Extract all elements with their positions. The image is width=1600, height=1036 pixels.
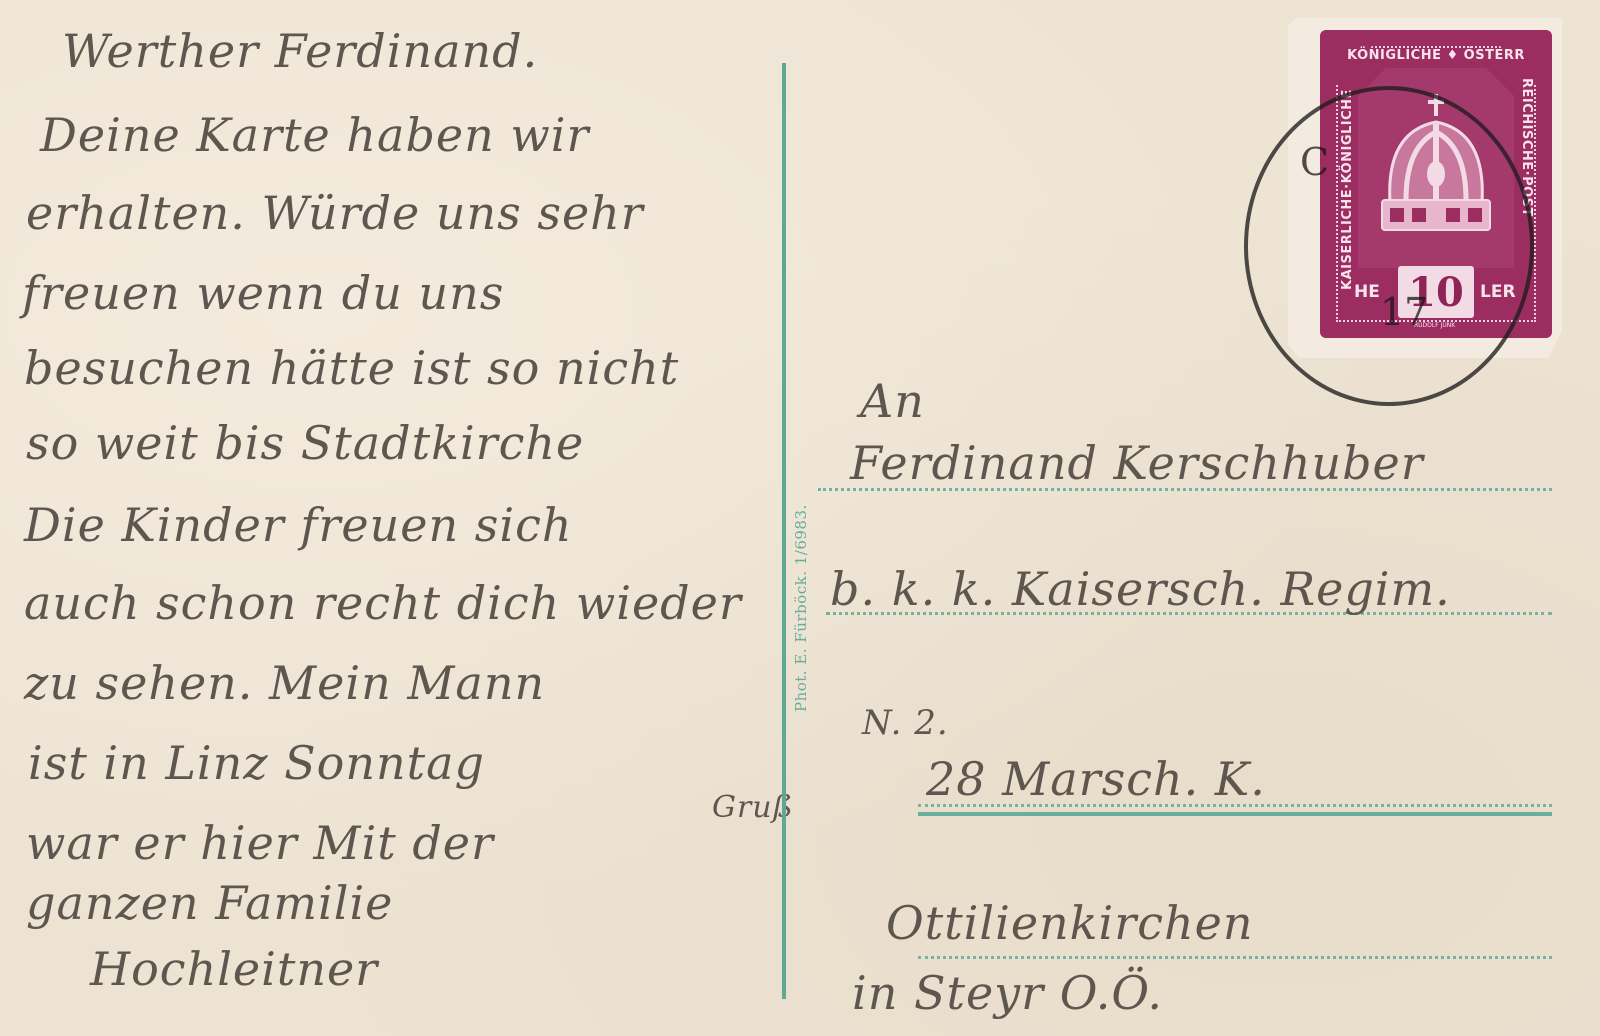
message-line: ist in Linz Sonntag: [28, 740, 485, 786]
postmark-letter: C: [1300, 140, 1329, 184]
address-rule-4: [918, 956, 1552, 959]
message-line: Werther Ferdinand.: [62, 28, 538, 74]
message-line: zu sehen. Mein Mann: [24, 660, 545, 706]
address-line: in Steyr O.Ö.: [852, 970, 1163, 1016]
message-line: freuen wenn du uns: [22, 270, 504, 316]
message-line: war er hier Mit der: [26, 820, 494, 866]
address-line: 28 Marsch. K.: [926, 756, 1266, 802]
message-line: Deine Karte haben wir: [40, 112, 589, 158]
center-divider-line: [782, 63, 786, 999]
postmark-number: 17: [1380, 290, 1428, 334]
signature: Hochleitner: [90, 946, 378, 992]
message-line: erhalten. Würde uns sehr: [26, 190, 644, 236]
address-line: Ottilienkirchen: [886, 900, 1253, 946]
address-line: N. 2.: [862, 700, 949, 746]
address-recipient: Ferdinand Kerschhuber: [850, 440, 1424, 486]
message-line: so weit bis Stadtkirche: [26, 420, 584, 466]
message-line: besuchen hätte ist so nicht: [24, 345, 679, 391]
postcard: Werther Ferdinand. Deine Karte haben wir…: [0, 0, 1600, 1036]
address-rule-3-solid: [918, 812, 1552, 816]
postmark-circle: [1244, 86, 1534, 406]
message-line: auch schon recht dich wieder: [24, 580, 742, 626]
address-line: b. k. k. Kaisersch. Regim.: [830, 566, 1451, 612]
message-line: ganzen Familie: [26, 880, 393, 926]
photographer-imprint: Phot. E. Fürböck. 1/6983.: [792, 504, 810, 712]
address-line: An: [860, 378, 925, 424]
stamp-top-text: KÖNIGLICHE ♦ ÖSTERR: [1344, 48, 1528, 63]
message-line: Die Kinder freuen sich: [24, 502, 572, 548]
